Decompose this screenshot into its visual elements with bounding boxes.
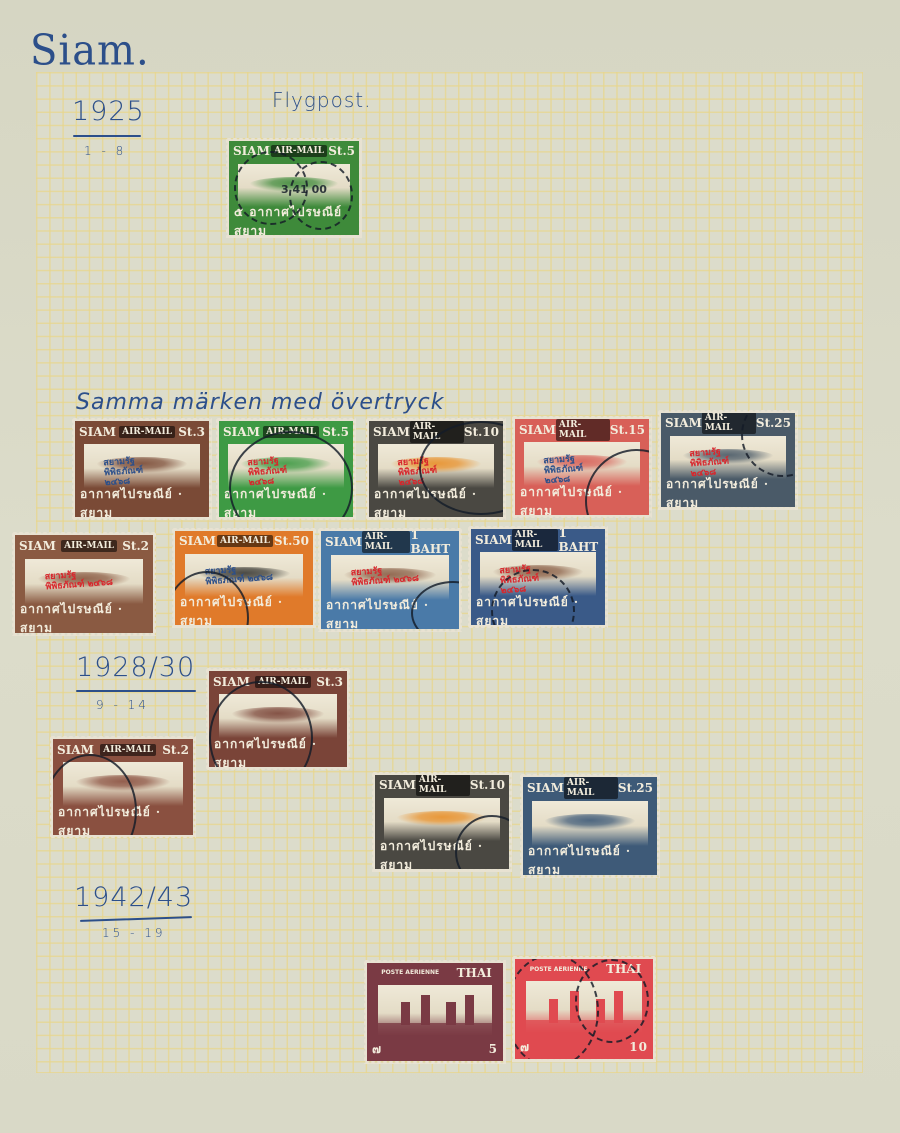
section-year-1928-30: 1928/30 bbox=[76, 652, 195, 683]
stamp-country: SIAM bbox=[79, 425, 116, 439]
stamp-design: SIAMAIR-MAILSt.3อากาศไปรษณีย์ · สยาม bbox=[209, 671, 347, 767]
stamp-value: 10 bbox=[629, 1040, 648, 1054]
stamp-design: SIAMAIR-MAILSt.15อากาศไปรษณีย์ · สยามสยา… bbox=[515, 419, 649, 515]
monument-tower bbox=[465, 995, 474, 1026]
stamp-overprint: สยามรัฐ พิพิธภัณฑ์ ๒๔๖๘ bbox=[104, 453, 173, 488]
stamp-inscription: AIR-MAIL bbox=[61, 540, 117, 552]
stamp-value: St.3 bbox=[316, 675, 343, 689]
stamp: SIAMAIR-MAILSt.5๕ อากาศไปรษณีย์ สยาม3 41… bbox=[226, 138, 362, 238]
stamp-footer: อากาศไปรษณีย์ · สยาม bbox=[661, 481, 795, 507]
stamp-country: SIAM bbox=[223, 425, 260, 439]
stamp-design: SIAMAIR-MAIL1 BAHTอากาศไปรษณีย์ · สยามสย… bbox=[471, 529, 605, 625]
stamp-header: POSTE AERIENNETHAI bbox=[367, 963, 503, 983]
stamp-footer: อากาศไปรษณีย์ · สยาม bbox=[523, 848, 657, 875]
year-underline bbox=[76, 690, 196, 692]
stamp-country: SIAM bbox=[475, 533, 512, 547]
section-year-1942-43: 1942/43 bbox=[74, 882, 193, 913]
stamp-design: SIAMAIR-MAILSt.3อากาศไปรษณีย์ · สยามสยาม… bbox=[75, 421, 209, 517]
stamp-design: SIAMAIR-MAILSt.25อากาศไปรษณีย์ · สยามสยา… bbox=[661, 413, 795, 507]
stamp-header: SIAMAIR-MAIL1 BAHT bbox=[321, 531, 459, 553]
stamp: SIAMAIR-MAIL1 BAHTอากาศไปรษณีย์ · สยามสย… bbox=[468, 526, 608, 628]
section-label-flygpost: Flygpost. bbox=[272, 88, 371, 112]
stamp-header: SIAMAIR-MAILSt.15 bbox=[515, 419, 649, 440]
stamp: SIAMAIR-MAILSt.10อากาศไปรษณีย์ · สยามสยา… bbox=[366, 418, 506, 520]
stamp-country: SIAM bbox=[519, 423, 556, 437]
stamp-design: POSTE AERIENNETHAI๗5 bbox=[367, 963, 503, 1061]
stamp: SIAMAIR-MAILSt.2อากาศไปรษณีย์ · สยาม bbox=[50, 736, 196, 838]
stamp-value: St.10 bbox=[470, 778, 505, 792]
stamp: SIAMAIR-MAILSt.15อากาศไปรษณีย์ · สยามสยา… bbox=[512, 416, 652, 518]
stamp-value: St.3 bbox=[178, 425, 205, 439]
stamp-design: SIAMAIR-MAILSt.5อากาศไปรษณีย์ · สยามสยาม… bbox=[219, 421, 353, 517]
stamp-design: SIAMAIR-MAILSt.50อากาศไปรษณีย์ · สยามสยา… bbox=[175, 531, 313, 625]
stamp: POSTE AERIENNETHAI๗10 bbox=[512, 956, 656, 1062]
postmark-cancel bbox=[575, 959, 649, 1043]
stamp-header: SIAMAIR-MAILSt.2 bbox=[15, 535, 153, 557]
stamp-value: 1 BAHT bbox=[410, 531, 455, 556]
stamp-country: SIAM bbox=[373, 425, 410, 439]
garuda-icon bbox=[544, 814, 636, 830]
stamp-design: SIAMAIR-MAILSt.2อากาศไปรษณีย์ · สยาม bbox=[53, 739, 193, 835]
stamp-design: SIAMAIR-MAILSt.2อากาศไปรษณีย์ · สยามสยาม… bbox=[15, 535, 153, 633]
stamp-value: St.25 bbox=[618, 781, 653, 795]
thai-numeral: ๗ bbox=[372, 1040, 382, 1059]
stamp-footer: ๗5 bbox=[367, 1037, 503, 1061]
stamp-inscription: AIR-MAIL bbox=[119, 426, 175, 438]
stamp: SIAMAIR-MAILSt.50อากาศไปรษณีย์ · สยามสยา… bbox=[172, 528, 316, 628]
stamp: SIAMAIR-MAILSt.25อากาศไปรษณีย์ · สยามสยา… bbox=[658, 410, 798, 510]
stamp-country: SIAM bbox=[19, 539, 56, 553]
stamp-header: SIAMAIR-MAILSt.50 bbox=[175, 531, 313, 552]
stamp-country: SIAM bbox=[527, 781, 564, 795]
stamp-vignette bbox=[532, 801, 647, 846]
stamp: SIAMAIR-MAILSt.5อากาศไปรษณีย์ · สยามสยาม… bbox=[216, 418, 356, 520]
stamp-inscription: AIR-MAIL bbox=[564, 777, 618, 799]
catalogue-range-1925: 1 - 8 bbox=[84, 144, 126, 158]
stamp: SIAMAIR-MAILSt.2อากาศไปรษณีย์ · สยามสยาม… bbox=[12, 532, 156, 636]
stamp-inscription: AIR-MAIL bbox=[512, 529, 559, 551]
stamp-footer: อากาศไปรษณีย์ · สยาม bbox=[15, 606, 153, 633]
stamp-header: SIAMAIR-MAILSt.10 bbox=[375, 775, 509, 796]
stamp-design: SIAMAIR-MAILSt.5๕ อากาศไปรษณีย์ สยาม3 41… bbox=[229, 141, 359, 235]
album-page: Siam. 1925 1 - 8 Flygpost. Samma märken … bbox=[0, 0, 900, 1133]
page-title: Siam. bbox=[30, 27, 150, 75]
stamp-value: 5 bbox=[489, 1042, 498, 1056]
stamp-country: SIAM bbox=[325, 535, 362, 549]
stamp-value: 1 BAHT bbox=[558, 529, 601, 554]
stamp-value: St.5 bbox=[322, 425, 349, 439]
stamp-value: St.15 bbox=[610, 423, 645, 437]
stamp-country: SIAM bbox=[179, 534, 216, 548]
stamp-design: SIAMAIR-MAIL1 BAHTอากาศไปรษณีย์ · สยามสย… bbox=[321, 531, 459, 629]
stamp-inscription: AIR-MAIL bbox=[100, 744, 156, 756]
stamp-header: SIAMAIR-MAILSt.25 bbox=[523, 777, 657, 799]
stamp-design: SIAMAIR-MAILSt.25อากาศไปรษณีย์ · สยาม bbox=[523, 777, 657, 875]
stamp-value: St.50 bbox=[274, 534, 309, 548]
stamp: SIAMAIR-MAILSt.3อากาศไปรษณีย์ · สยามสยาม… bbox=[72, 418, 212, 520]
stamp: POSTE AERIENNETHAI๗5 bbox=[364, 960, 506, 1064]
stamp-country: SIAM bbox=[665, 416, 702, 430]
stamp: SIAMAIR-MAILSt.25อากาศไปรษณีย์ · สยาม bbox=[520, 774, 660, 878]
stamp: SIAMAIR-MAILSt.3อากาศไปรษณีย์ · สยาม bbox=[206, 668, 350, 770]
stamp-header: SIAMAIR-MAILSt.3 bbox=[75, 421, 209, 442]
stamp-design: SIAMAIR-MAILSt.10อากาศไปรษณีย์ · สยามสยา… bbox=[369, 421, 503, 517]
stamp-country: THAI bbox=[457, 966, 492, 980]
stamp-inscription: AIR-MAIL bbox=[217, 535, 273, 547]
stamp: SIAMAIR-MAILSt.10อากาศไปรษณีย์ · สยาม bbox=[372, 772, 512, 872]
monument-base bbox=[378, 1023, 492, 1036]
stamp-inscription: POSTE AERIENNE bbox=[378, 968, 442, 977]
section-year-1925: 1925 bbox=[72, 96, 145, 127]
stamp-inscription: AIR-MAIL bbox=[416, 775, 470, 796]
stamp-header: SIAMAIR-MAIL1 BAHT bbox=[471, 529, 605, 550]
catalogue-range-1928-30: 9 - 14 bbox=[96, 698, 149, 712]
stamp-value: St.2 bbox=[122, 539, 149, 553]
stamp-vignette bbox=[378, 985, 492, 1036]
year-underline bbox=[73, 135, 141, 137]
stamp-design: POSTE AERIENNETHAI๗10 bbox=[515, 959, 653, 1059]
monument-tower bbox=[421, 995, 430, 1026]
stamp-design: SIAMAIR-MAILSt.10อากาศไปรษณีย์ · สยาม bbox=[375, 775, 509, 869]
stamp-country: SIAM bbox=[379, 778, 416, 792]
stamp-footer: อากาศไปรษณีย์ · สยาม bbox=[75, 490, 209, 517]
postmark-date: 3 41 00 bbox=[281, 183, 327, 196]
stamp: SIAMAIR-MAIL1 BAHTอากาศไปรษณีย์ · สยามสย… bbox=[318, 528, 462, 632]
stamp-inscription: AIR-MAIL bbox=[362, 531, 411, 553]
catalogue-range-1942-43: 15 - 19 bbox=[102, 926, 166, 940]
stamp-value: St.2 bbox=[162, 743, 189, 757]
section-note-overprint: Samma märken med övertryck bbox=[76, 390, 444, 415]
stamp-inscription: AIR-MAIL bbox=[556, 419, 610, 441]
stamp-value: St.5 bbox=[328, 144, 355, 158]
